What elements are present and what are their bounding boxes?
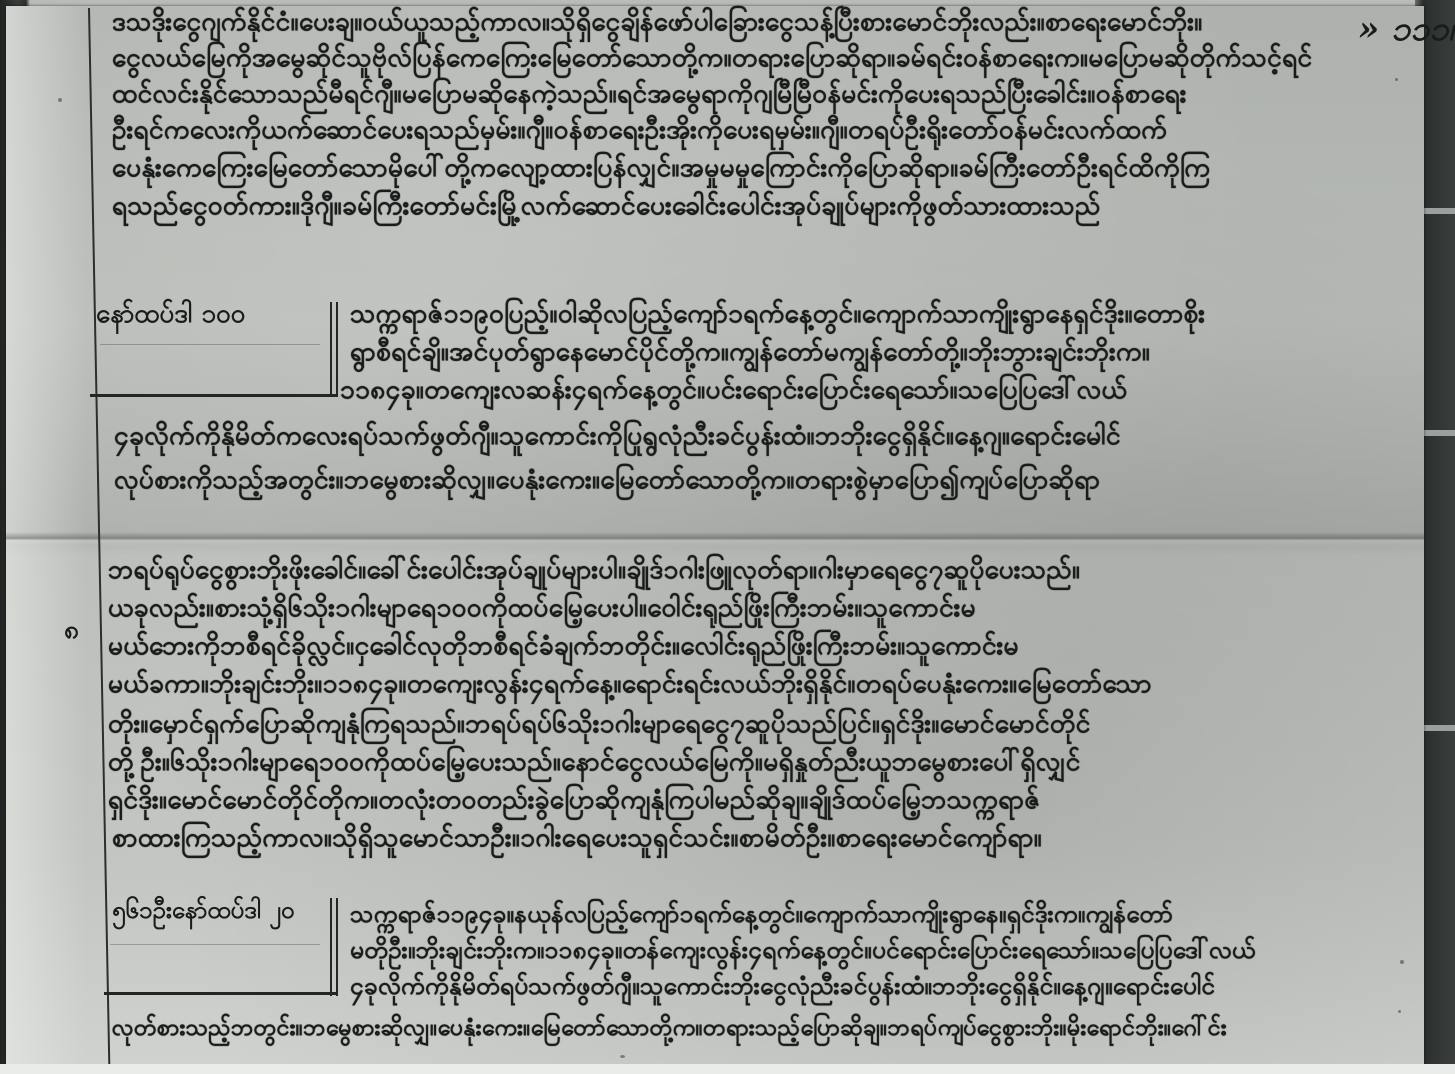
text-line: ရသည်ငွေဝတ်ကား။ဒိုဂျီ။ခမ်ကြီးတော်မင်းမြို… bbox=[112, 188, 1402, 224]
box-double-rule bbox=[336, 898, 338, 996]
text-line: သက္ကရာဇ်၁၁၉၄ခု။နယုန်လပြည့်ကျော်၁ရက်နေ့တွ… bbox=[350, 896, 1400, 932]
text-line: တို့ဦး။၆သိုး၁ဂါးမျာရေ၁၀၀ကိုထပ်မြေ့ပေးသည်… bbox=[108, 744, 1398, 780]
box-double-rule bbox=[336, 302, 338, 397]
text-line: လုပ်စားကိုသည့်အတွင်း။ဘမွေစားဆိုလျှ။ပေနုံ… bbox=[114, 462, 1404, 498]
paper-fold-crease bbox=[6, 532, 1424, 546]
text-line: လုတ်စားသည့်ဘတွင်း။ဘမွေစားဆိုလျှ။ပေနုံးကေ… bbox=[112, 1010, 1402, 1046]
box-double-rule bbox=[330, 302, 332, 397]
text-line: သက္ကရာဇ်၁၁၉၀ပြည့်။ဝါဆိုလပြည့်ကျော်၁ရက်နေ… bbox=[350, 296, 1400, 332]
text-line: ၁၁၈၄ခု။တကျေးလဆန်း၄ရက်နေ့တွင်။ပင်းရောင်းပ… bbox=[340, 372, 1390, 408]
text-line: ရှင်ဒိုး။မောင်မောင်တိုင်တိုက။တလုံးတဝတည်း… bbox=[108, 782, 1398, 818]
entry-label-1: နော်ထပ်ဒါ ၁၀၀ bbox=[96, 296, 245, 335]
text-line: ရွာစီရင်ချိ။အင်ပုတ်ရွာနေမောင်ပိုင်တို့က။… bbox=[350, 334, 1400, 370]
entry-label-2: ၅၆၁ဦးနော်ထပ်ဒါ ၂၀ bbox=[112, 894, 294, 930]
box-faint-rule bbox=[100, 344, 320, 345]
text-line: ပေနုံးကေကြေးမြေတော်သောမိုပေါ်တို့ကလျော့ထ… bbox=[112, 150, 1402, 186]
photograph-scene: » ၁၁၁၊ ဒသဒိုးငွေဂျက်နိုင်ငံ။ပေးချ။ဝယ်ယူသ… bbox=[0, 0, 1455, 1074]
text-line: တိုး။မှောင်ရှက်ပြောဆိုကျနုံကြရသည်။ဘရပ်ရပ… bbox=[108, 706, 1398, 742]
text-line: ၄ခုလိုက်ကိုနိုမိတ်ကလေးရပ်သက်ဖွတ်ဂျီ။သူကေ… bbox=[114, 418, 1404, 454]
text-line: မတိုဦး။ဘိုးချင်းဘိုးက။၁၁၈၄ခု။တန်ကျေးလွန်… bbox=[350, 932, 1400, 968]
paper-bottom-edge bbox=[0, 1064, 1455, 1074]
ink-speck bbox=[58, 98, 62, 102]
text-line: ဘရပ်ရုပ်ငွေစွားဘိုးဖိုးခေါင်။ခေါ်င်းပေါင… bbox=[108, 552, 1398, 588]
text-line: စာထားကြသည့်ကာလ။သိုရှိသူမောင်သာဦး။၁ဂါးရေပ… bbox=[112, 820, 1402, 856]
text-line: ယခုလည်း။စားသုံ့ရှိ၆သိုး၁ဂါးမျာရေ၁၀၀ကိုထပ… bbox=[108, 590, 1398, 626]
text-line: ဦးရင်ကလေးကိုယက်ဆောင်ပေးရသည်မှမ်း။ဂျီ။ဝန်… bbox=[112, 112, 1402, 148]
text-line: မယ်ဘေးကိုဘစီရင်ခိုလ္လင်။ငှခေါင်လုတိုဘစီရ… bbox=[108, 628, 1398, 664]
text-line: မယ်ခကာ။ဘိုးချင်းဘိုး။၁၁၈၄ခု။တကျေးလွန်း၄ရ… bbox=[108, 666, 1398, 702]
box-faint-rule bbox=[110, 944, 320, 945]
text-line: ထင်လင်းနိုင်သောသည်မီရင်ဂျီ။မပြောမဆိုနေကဲ… bbox=[112, 76, 1402, 112]
ink-speck bbox=[1400, 960, 1404, 964]
text-line: ၄ခုလိုက်ကိုနိုမိတ်ရပ်သက်ဖွတ်ဂျီ။သူကောင်း… bbox=[350, 968, 1400, 1004]
ink-speck bbox=[620, 1055, 625, 1058]
box-double-rule bbox=[330, 898, 332, 996]
margin-numeral: ၈ bbox=[64, 612, 79, 651]
text-line: ငွေလယ်မြေကိုအမွေဆိုင်သူဗိုလ်ပြန်ကေကြေးမြ… bbox=[112, 40, 1402, 76]
text-line: ဒသဒိုးငွေဂျက်နိုင်ငံ။ပေးချ။ဝယ်ယူသည့်ကာလ။… bbox=[112, 4, 1342, 40]
